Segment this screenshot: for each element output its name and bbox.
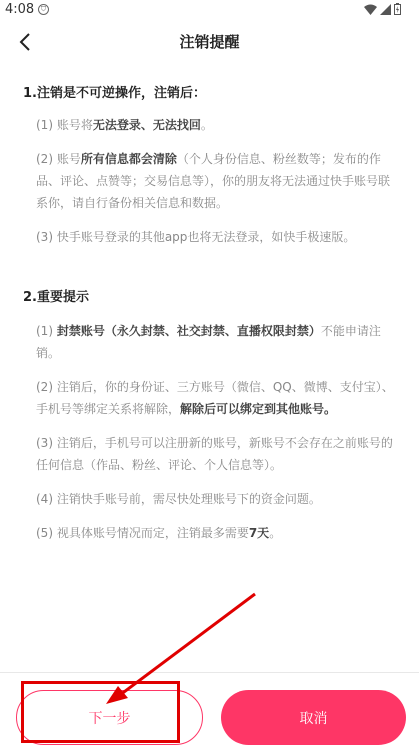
section-title: 1.注销是不可逆操作，注销后： bbox=[23, 84, 399, 104]
status-icons bbox=[364, 3, 401, 15]
footer-divider bbox=[0, 672, 419, 673]
list-item: (5) 视具体账号情况而定，注销最多需要7天。 bbox=[36, 522, 399, 544]
list-item: (4) 注销快手账号前，需尽快处理账号下的资金问题。 bbox=[36, 488, 399, 510]
wifi-icon bbox=[364, 4, 377, 15]
section-irreversible: 1.注销是不可逆操作，注销后： (1) 账号将无法登录、无法找回。 (2) 账号… bbox=[23, 84, 399, 248]
item-text: (3) 注销后，手机号可以注册新的账号，新账号不会存在之前账号的任何信息（作品、… bbox=[36, 436, 393, 472]
cancel-button[interactable]: 取消 bbox=[221, 690, 406, 745]
item-text: (1) bbox=[36, 324, 57, 338]
item-text: (5) 视具体账号情况而定，注销最多需要 bbox=[36, 526, 249, 540]
item-bold-text: 所有信息都会清除 bbox=[81, 152, 177, 166]
list-item: (1) 封禁账号（永久封禁、社交封禁、直播权限封禁）不能申请注销。 bbox=[36, 320, 399, 364]
item-bold-text: 解除后可以绑定到其他账号。 bbox=[180, 402, 336, 416]
status-time: 4:08 bbox=[5, 2, 34, 17]
shield-icon: ⛉ bbox=[38, 4, 49, 15]
item-bold-text: 7天 bbox=[249, 526, 269, 540]
item-bold-text: 封禁账号（永久封禁、社交封禁、直播权限封禁） bbox=[57, 324, 321, 338]
section-title: 2.重要提示 bbox=[23, 288, 399, 308]
list-item: (1) 账号将无法登录、无法找回。 bbox=[36, 114, 399, 136]
list-item: (2) 注销后，你的身份证、三方账号（微信、QQ、微博、支付宝）、手机号等绑定关… bbox=[36, 376, 399, 420]
notice-content: 1.注销是不可逆操作，注销后： (1) 账号将无法登录、无法找回。 (2) 账号… bbox=[23, 84, 399, 544]
signal-icon bbox=[380, 4, 391, 15]
battery-charging-icon bbox=[394, 3, 401, 15]
item-text: (3) 快手账号登录的其他app也将无法登录，如快手极速版。 bbox=[36, 230, 355, 244]
list-item: (2) 账号所有信息都会清除（个人身份信息、粉丝数等；发布的作品、评论、点赞等；… bbox=[36, 148, 399, 214]
nav-bar: 注销提醒 bbox=[0, 22, 419, 62]
status-bar: 4:08 ⛉ bbox=[0, 0, 419, 22]
item-text: 。 bbox=[269, 526, 281, 540]
item-bold-text: 无法登录、无法找回 bbox=[93, 118, 201, 132]
list-item: (3) 快手账号登录的其他app也将无法登录，如快手极速版。 bbox=[36, 226, 399, 248]
page-title: 注销提醒 bbox=[0, 31, 419, 52]
item-text: 。 bbox=[201, 118, 213, 132]
list-item: (3) 注销后，手机号可以注册新的账号，新账号不会存在之前账号的任何信息（作品、… bbox=[36, 432, 399, 476]
annotation-highlight-box bbox=[21, 681, 180, 743]
item-text: (2) 账号 bbox=[36, 152, 81, 166]
section-important: 2.重要提示 (1) 封禁账号（永久封禁、社交封禁、直播权限封禁）不能申请注销。… bbox=[23, 288, 399, 544]
item-text: (1) 账号将 bbox=[36, 118, 93, 132]
item-text: (4) 注销快手账号前，需尽快处理账号下的资金问题。 bbox=[36, 492, 321, 506]
